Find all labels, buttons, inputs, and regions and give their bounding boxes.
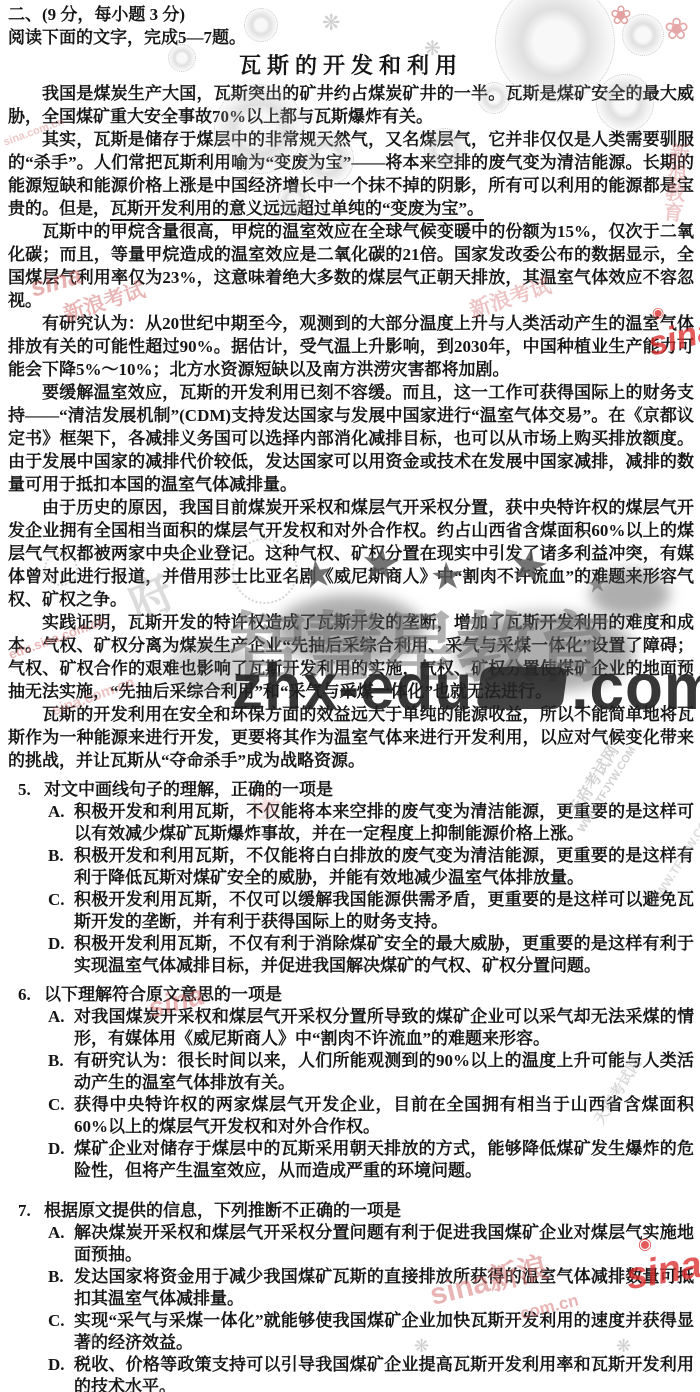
option-text: 积极开发利用瓦斯，不仅有利于消除煤矿安全的最大威胁，更重要的是这样有利于实现温室… xyxy=(74,934,694,975)
reading-instruction: 阅读下面的文字，完成5—7题。 xyxy=(8,26,694,49)
option-text: 煤矿企业对储存于煤层中的瓦斯采用朝天排放的方式，能够降低煤矿发生爆炸的危险性，但… xyxy=(74,1139,694,1180)
question-stem: 5.对文中画线句子的理解，正确的一项是 xyxy=(8,779,694,801)
paragraph-text: 由于历史的原因，我国目前煤炭开采权和煤层气开采权分置，获中央特许权的煤层气开发企… xyxy=(8,498,694,609)
question-stem-text: 以下理解符合原文意思的一项是 xyxy=(44,985,282,1004)
question-stem: 7.根据原文提供的信息，下列推断不正确的一项是 xyxy=(8,1200,694,1222)
question-stem-text: 根据原文提供的信息，下列推断不正确的一项是 xyxy=(44,1201,401,1220)
document-content: 二、(9 分，每小题 3 分) 阅读下面的文字，完成5—7题。 瓦斯的开发和利用… xyxy=(0,0,700,1392)
option-5D: D.积极开发利用瓦斯，不仅有利于消除煤矿安全的最大威胁，更重要的是这样有利于实现… xyxy=(8,933,694,977)
question-stem: 6.以下理解符合原文意思的一项是 xyxy=(8,984,694,1006)
option-5A: A.积极开发和利用瓦斯，不仅能将本来空排的废气变为清洁能源，更重要的是这样可以有… xyxy=(8,801,694,845)
option-6A: A.对我国煤炭开采权和煤层气开采权分置所导致的煤矿企业可以采气却无法采煤的情形，… xyxy=(8,1006,694,1050)
option-6B: B.有研究认为：很长时间以来，人们所能观测到的90%以上的温度上升可能与人类活动… xyxy=(8,1050,694,1094)
option-label: C. xyxy=(48,889,65,911)
option-text: 积极开发利用瓦斯，不仅可以缓解我国能源供需矛盾，更重要的是这样可以避免瓦斯开发的… xyxy=(74,890,694,931)
passage-title: 瓦斯的开发和利用 xyxy=(8,52,694,80)
option-5C: C.积极开发利用瓦斯，不仅可以缓解我国能源供需矛盾，更重要的是这样可以避免瓦斯开… xyxy=(8,889,694,933)
question-number: 5. xyxy=(18,779,31,801)
option-text: 积极开发和利用瓦斯，不仅能将本来空排的废气变为清洁能源，更重要的是这样可以有效减… xyxy=(74,802,694,843)
option-label: B. xyxy=(48,1050,64,1072)
option-label: B. xyxy=(48,845,64,867)
option-label: B. xyxy=(48,1266,64,1288)
option-text: 有研究认为：很长时间以来，人们所能观测到的90%以上的温度上升可能与人类活动产生… xyxy=(74,1051,694,1092)
underlined-sentence: 瓦斯开发利用的意义远远超过单纯的“变废为宝”。 xyxy=(110,199,484,221)
option-6C: C.获得中央特许权的两家煤层气开发企业，目前在全国拥有相当于山西省含煤面积60%… xyxy=(8,1094,694,1138)
option-label: D. xyxy=(48,1354,65,1376)
paragraph-text: 实践证明，瓦斯开发的特许权造成了瓦斯开发的垄断，增加了瓦斯开发利用的难度和成本。… xyxy=(8,613,694,701)
body-paragraph: 其实，瓦斯是储存于煤层中的非常规天然气，又名煤层气，它并非仅仅是人类需要驯服的“… xyxy=(8,128,694,220)
question-number: 6. xyxy=(18,984,31,1006)
option-7D: D.税收、价格等政策支持可以引导我国煤矿企业提高瓦斯开发利用率和瓦斯开发利用的技… xyxy=(8,1354,694,1392)
question-number: 7. xyxy=(18,1200,31,1222)
question-6: 6.以下理解符合原文意思的一项是 A.对我国煤炭开采权和煤层气开采权分置所导致的… xyxy=(8,984,694,1182)
option-text: 税收、价格等政策支持可以引导我国煤矿企业提高瓦斯开发利用率和瓦斯开发利用的技术水… xyxy=(74,1355,694,1392)
body-paragraph: 瓦斯的开发利用在安全和环保方面的效益远大于单纯的能源收益，所以不能简单地将瓦斯作… xyxy=(8,703,694,772)
option-text: 对我国煤炭开采权和煤层气开采权分置所导致的煤矿企业可以采气却无法采煤的情形，有媒… xyxy=(74,1007,694,1048)
body-paragraph: 瓦斯中的甲烷含量很高，甲烷的温室效应在全球气候变暖中的份额为15%，仅次于二氧化… xyxy=(8,220,694,312)
option-label: A. xyxy=(48,801,65,823)
body-paragraph: 我国是煤炭生产大国，瓦斯突出的矿井约占煤炭矿井的一半。瓦斯是煤矿安全的最大威胁，… xyxy=(8,82,694,128)
option-5B: B.积极开发和利用瓦斯，不仅能将白白排放的废气变为清洁能源，更重要的是这样有利于… xyxy=(8,845,694,889)
option-7B: B.发达国家将资金用于减少我国煤矿瓦斯的直接排放所获得的温室气体减排数量可抵扣其… xyxy=(8,1266,694,1310)
paragraph-text: 瓦斯的开发利用在安全和环保方面的效益远大于单纯的能源收益，所以不能简单地将瓦斯作… xyxy=(8,705,694,770)
option-label: C. xyxy=(48,1310,65,1332)
body-paragraph: 要缓解温室效应，瓦斯的开发利用已刻不容缓。而且，这一工作可获得国际上的财务支持—… xyxy=(8,381,694,496)
question-7: 7.根据原文提供的信息，下列推断不正确的一项是 A.解决煤炭开采权和煤层气开采权… xyxy=(8,1200,694,1392)
paragraph-text: 要缓解温室效应，瓦斯的开发利用已刻不容缓。而且，这一工作可获得国际上的财务支持—… xyxy=(8,383,694,494)
option-text: 发达国家将资金用于减少我国煤矿瓦斯的直接排放所获得的温室气体减排数量可抵扣其温室… xyxy=(74,1267,694,1308)
exam-scan-page: 二、(9 分，每小题 3 分) 阅读下面的文字，完成5—7题。 瓦斯的开发和利用… xyxy=(0,0,700,1392)
option-label: D. xyxy=(48,1138,65,1160)
paragraph-text: 有研究认为：从20世纪中期至今，观测到的大部分温度上升与人类活动产生的温室气体排… xyxy=(8,314,694,379)
body-paragraph: 实践证明，瓦斯开发的特许权造成了瓦斯开发的垄断，增加了瓦斯开发利用的难度和成本。… xyxy=(8,611,694,703)
option-label: A. xyxy=(48,1006,65,1028)
question-5: 5.对文中画线句子的理解，正确的一项是 A.积极开发和利用瓦斯，不仅能将本来空排… xyxy=(8,779,694,977)
paragraph-text: 瓦斯中的甲烷含量很高，甲烷的温室效应在全球气候变暖中的份额为15%，仅次于二氧化… xyxy=(8,222,694,310)
questions-section: 5.对文中画线句子的理解，正确的一项是 A.积极开发和利用瓦斯，不仅能将本来空排… xyxy=(8,779,694,1392)
body-paragraph: 有研究认为：从20世纪中期至今，观测到的大部分温度上升与人类活动产生的温室气体排… xyxy=(8,312,694,381)
option-label: D. xyxy=(48,933,65,955)
option-6D: D.煤矿企业对储存于煤层中的瓦斯采用朝天排放的方式，能够降低煤矿发生爆炸的危险性… xyxy=(8,1138,694,1182)
option-7A: A.解决煤炭开采权和煤层气开采权分置问题有利于促进我国煤矿企业对煤层气实施地面预… xyxy=(8,1222,694,1266)
body-paragraph: 由于历史的原因，我国目前煤炭开采权和煤层气开采权分置，获中央特许权的煤层气开发企… xyxy=(8,496,694,611)
option-text: 积极开发和利用瓦斯，不仅能将白白排放的废气变为清洁能源，更重要的是这样有利于降低… xyxy=(74,846,694,887)
paragraph-text: 我国是煤炭生产大国，瓦斯突出的矿井约占煤炭矿井的一半。瓦斯是煤矿安全的最大威胁，… xyxy=(8,84,694,126)
option-label: C. xyxy=(48,1094,65,1116)
option-7C: C.实现“采气与采煤一体化”就能够使我国煤矿企业加快瓦斯开发利用的速度并获得显著… xyxy=(8,1310,694,1354)
option-text: 获得中央特许权的两家煤层气开发企业，目前在全国拥有相当于山西省含煤面积60%以上… xyxy=(74,1095,694,1136)
section-header: 二、(9 分，每小题 3 分) xyxy=(8,3,694,26)
option-text: 解决煤炭开采权和煤层气开采权分置问题有利于促进我国煤矿企业对煤层气实施地面预抽。 xyxy=(74,1223,694,1264)
option-label: A. xyxy=(48,1222,65,1244)
question-stem-text: 对文中画线句子的理解，正确的一项是 xyxy=(44,780,333,799)
option-text: 实现“采气与采煤一体化”就能够使我国煤矿企业加快瓦斯开发利用的速度并获得显著的经… xyxy=(74,1311,694,1352)
